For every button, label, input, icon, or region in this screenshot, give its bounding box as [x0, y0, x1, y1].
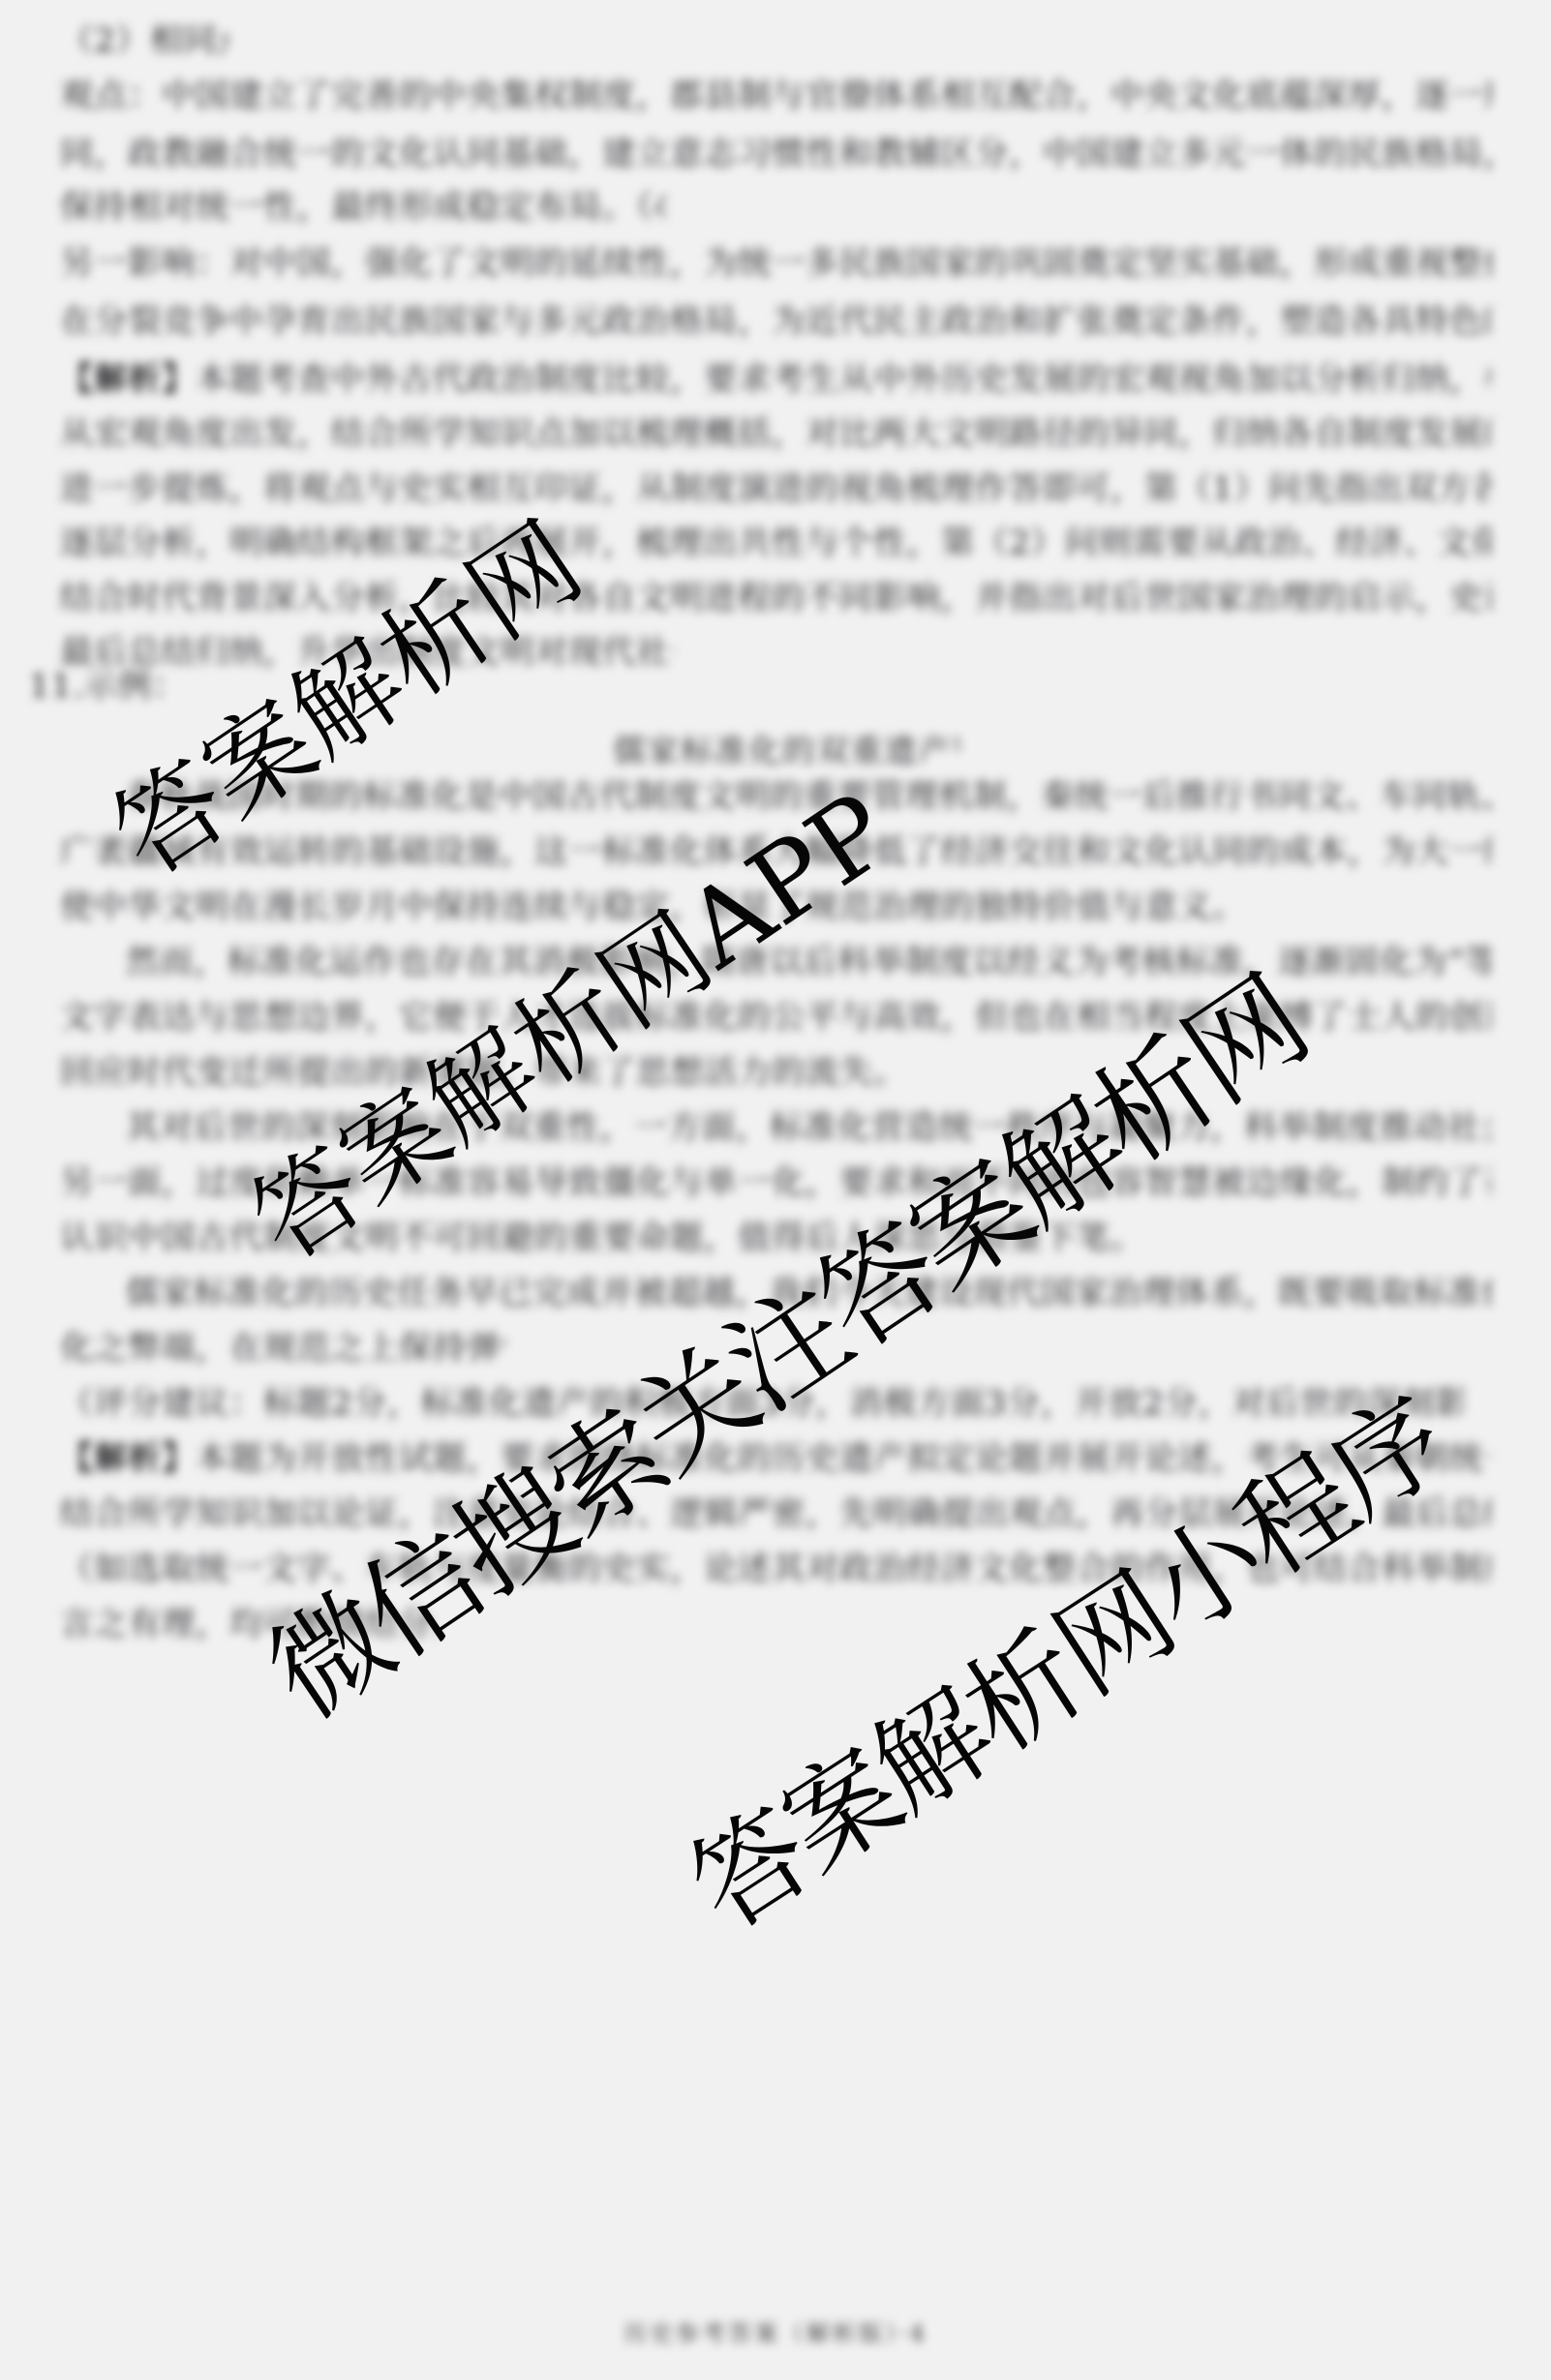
document-text-line: 然而，标准化运作也存在其消极影响，隋唐以后科举制度以经义为考核标准，逐渐固化为“…	[126, 941, 1491, 983]
document-text-line: 另一影响：对中国，强化了文明的延续性，为统一多民族国家的巩固奠定坚实基础，形成重…	[60, 242, 1491, 285]
document-text-line: 文字表达与思想边界，它便于人才选拔标准化的公平与高效，但也在相当程度上束缚了士人…	[60, 996, 1491, 1039]
blurred-document-layer: 儒家标准化的双重遗产1 历史参考答案（解析版）·4 （2）相同点及影响。观点：中…	[0, 0, 1551, 2380]
document-text-line: 在分裂竞争中孕育出民族国家与多元政治格局，为近代民主政治和扩张奠定条件，塑造各具…	[60, 300, 1491, 343]
document-text-line: 从宏观角度出发，结合所学知识点加以梳理概括，对比两大文明路径的异同，归纳各自制度…	[60, 412, 1491, 455]
analysis-label: 【解析】	[60, 360, 196, 399]
document-text-line: （如选取统一文字、车轨与度量衡的史实，论述其对政治经济文化整合的作用，也可结合科…	[60, 1548, 1491, 1590]
document-text-line: 保持相对统一性，最终形成稳定布局。（4分）	[60, 186, 665, 228]
essay-title-superscript: 1	[952, 735, 965, 755]
page-footer: 历史参考答案（解析版）·4	[0, 2319, 1551, 2348]
document-text-line: 同，政教融合统一的文化认同基础，建立意志习惯性和教辅区分，中国建立多元一体的民族…	[60, 133, 1491, 175]
document-text-line: 回应时代变迁所提出的新课题，带来了思想活力的流失。	[60, 1051, 1043, 1094]
analysis-label: 【解析】	[60, 1439, 196, 1478]
document-text-line: 结合时代背景深入分析，比较其对各自文明进程的不同影响，并指出对后世国家治理的启示…	[60, 577, 1491, 619]
document-text-line: 春秋战国时期的标准化是中国古代制度文明的重要管理机制，秦统一后推行书同文、车同轨…	[126, 775, 1491, 818]
document-text-line: 其对后世的深刻影响在于双重性，一方面，标准化营造统一秩序与凝聚力，科举制度推动社…	[126, 1106, 1491, 1149]
document-text-line: 儒家标准化的历史任务早已完成并被超越，我们今天建设现代国家治理体系，既要吸取标准…	[126, 1272, 1491, 1314]
document-text-line: 结合所学知识加以论证，注意史论结合、逻辑严密，先明确提出观点，再分层展开论述，最…	[60, 1492, 1491, 1535]
document-text-line: （2）相同点及影响。	[60, 19, 229, 62]
document-text-line: 进一步提炼，将观点与史实相互印证，从制度演进的视角梳理作答即可，第（1）问先指出…	[60, 467, 1491, 510]
document-text-line: 广袤疆域有效运转的基础设施，这一标准化体系大幅降低了经济交往和文化认同的成本，为…	[60, 830, 1491, 873]
document-text-line: 【解析】本题考查中外古代政治制度比较，要求考生从中外历史发展的宏观视角加以分析归…	[60, 358, 1491, 401]
essay-title: 儒家标准化的双重遗产1	[14, 724, 1551, 767]
document-text-line: 认识中国古代制度文明不可回避的重要命题，值得后人深思与借鉴下笔。	[60, 1217, 1314, 1259]
document-text-line: 言之有理，均可酌情给分。	[60, 1603, 438, 1645]
document-text-line: 逐层分析，明确结构框架之后再展开，梳理出共性与个性，第（2）问则需要从政治、经济…	[60, 522, 1491, 564]
document-page: 儒家标准化的双重遗产1 历史参考答案（解析版）·4 （2）相同点及影响。观点：中…	[0, 0, 1551, 2380]
document-text-line: 观点：中国建立了完善的中央集权制度，郡县制与官僚体系相互配合，中央文化底蕴深厚，…	[60, 75, 1491, 117]
document-text-line: （评分建议：标题2分，标准化遗产的积极方面3分，消极方面3分，开放2分，对后世的…	[60, 1382, 1464, 1425]
document-text-line: 化之弊端，在规范之上保持弹性，为创新预留了空间。	[60, 1327, 505, 1370]
document-text-line: 另一面，过度依赖单一标准容易导致僵化与单一化，要求和而不同的包容智慧被边缘化，制…	[60, 1161, 1491, 1204]
document-text-line: 11.示例：	[29, 665, 184, 708]
essay-title-text: 儒家标准化的双重遗产	[613, 732, 952, 769]
document-text-line: 使中华文明在漫长岁月中保持连续与稳定，彰显了规范治理的独特价值与意义。	[60, 886, 1270, 928]
document-text-line: 【解析】本题为开放性试题，要求围绕标准化的历史遗产拟定论题并展开论述，考生可从秦…	[60, 1437, 1491, 1480]
